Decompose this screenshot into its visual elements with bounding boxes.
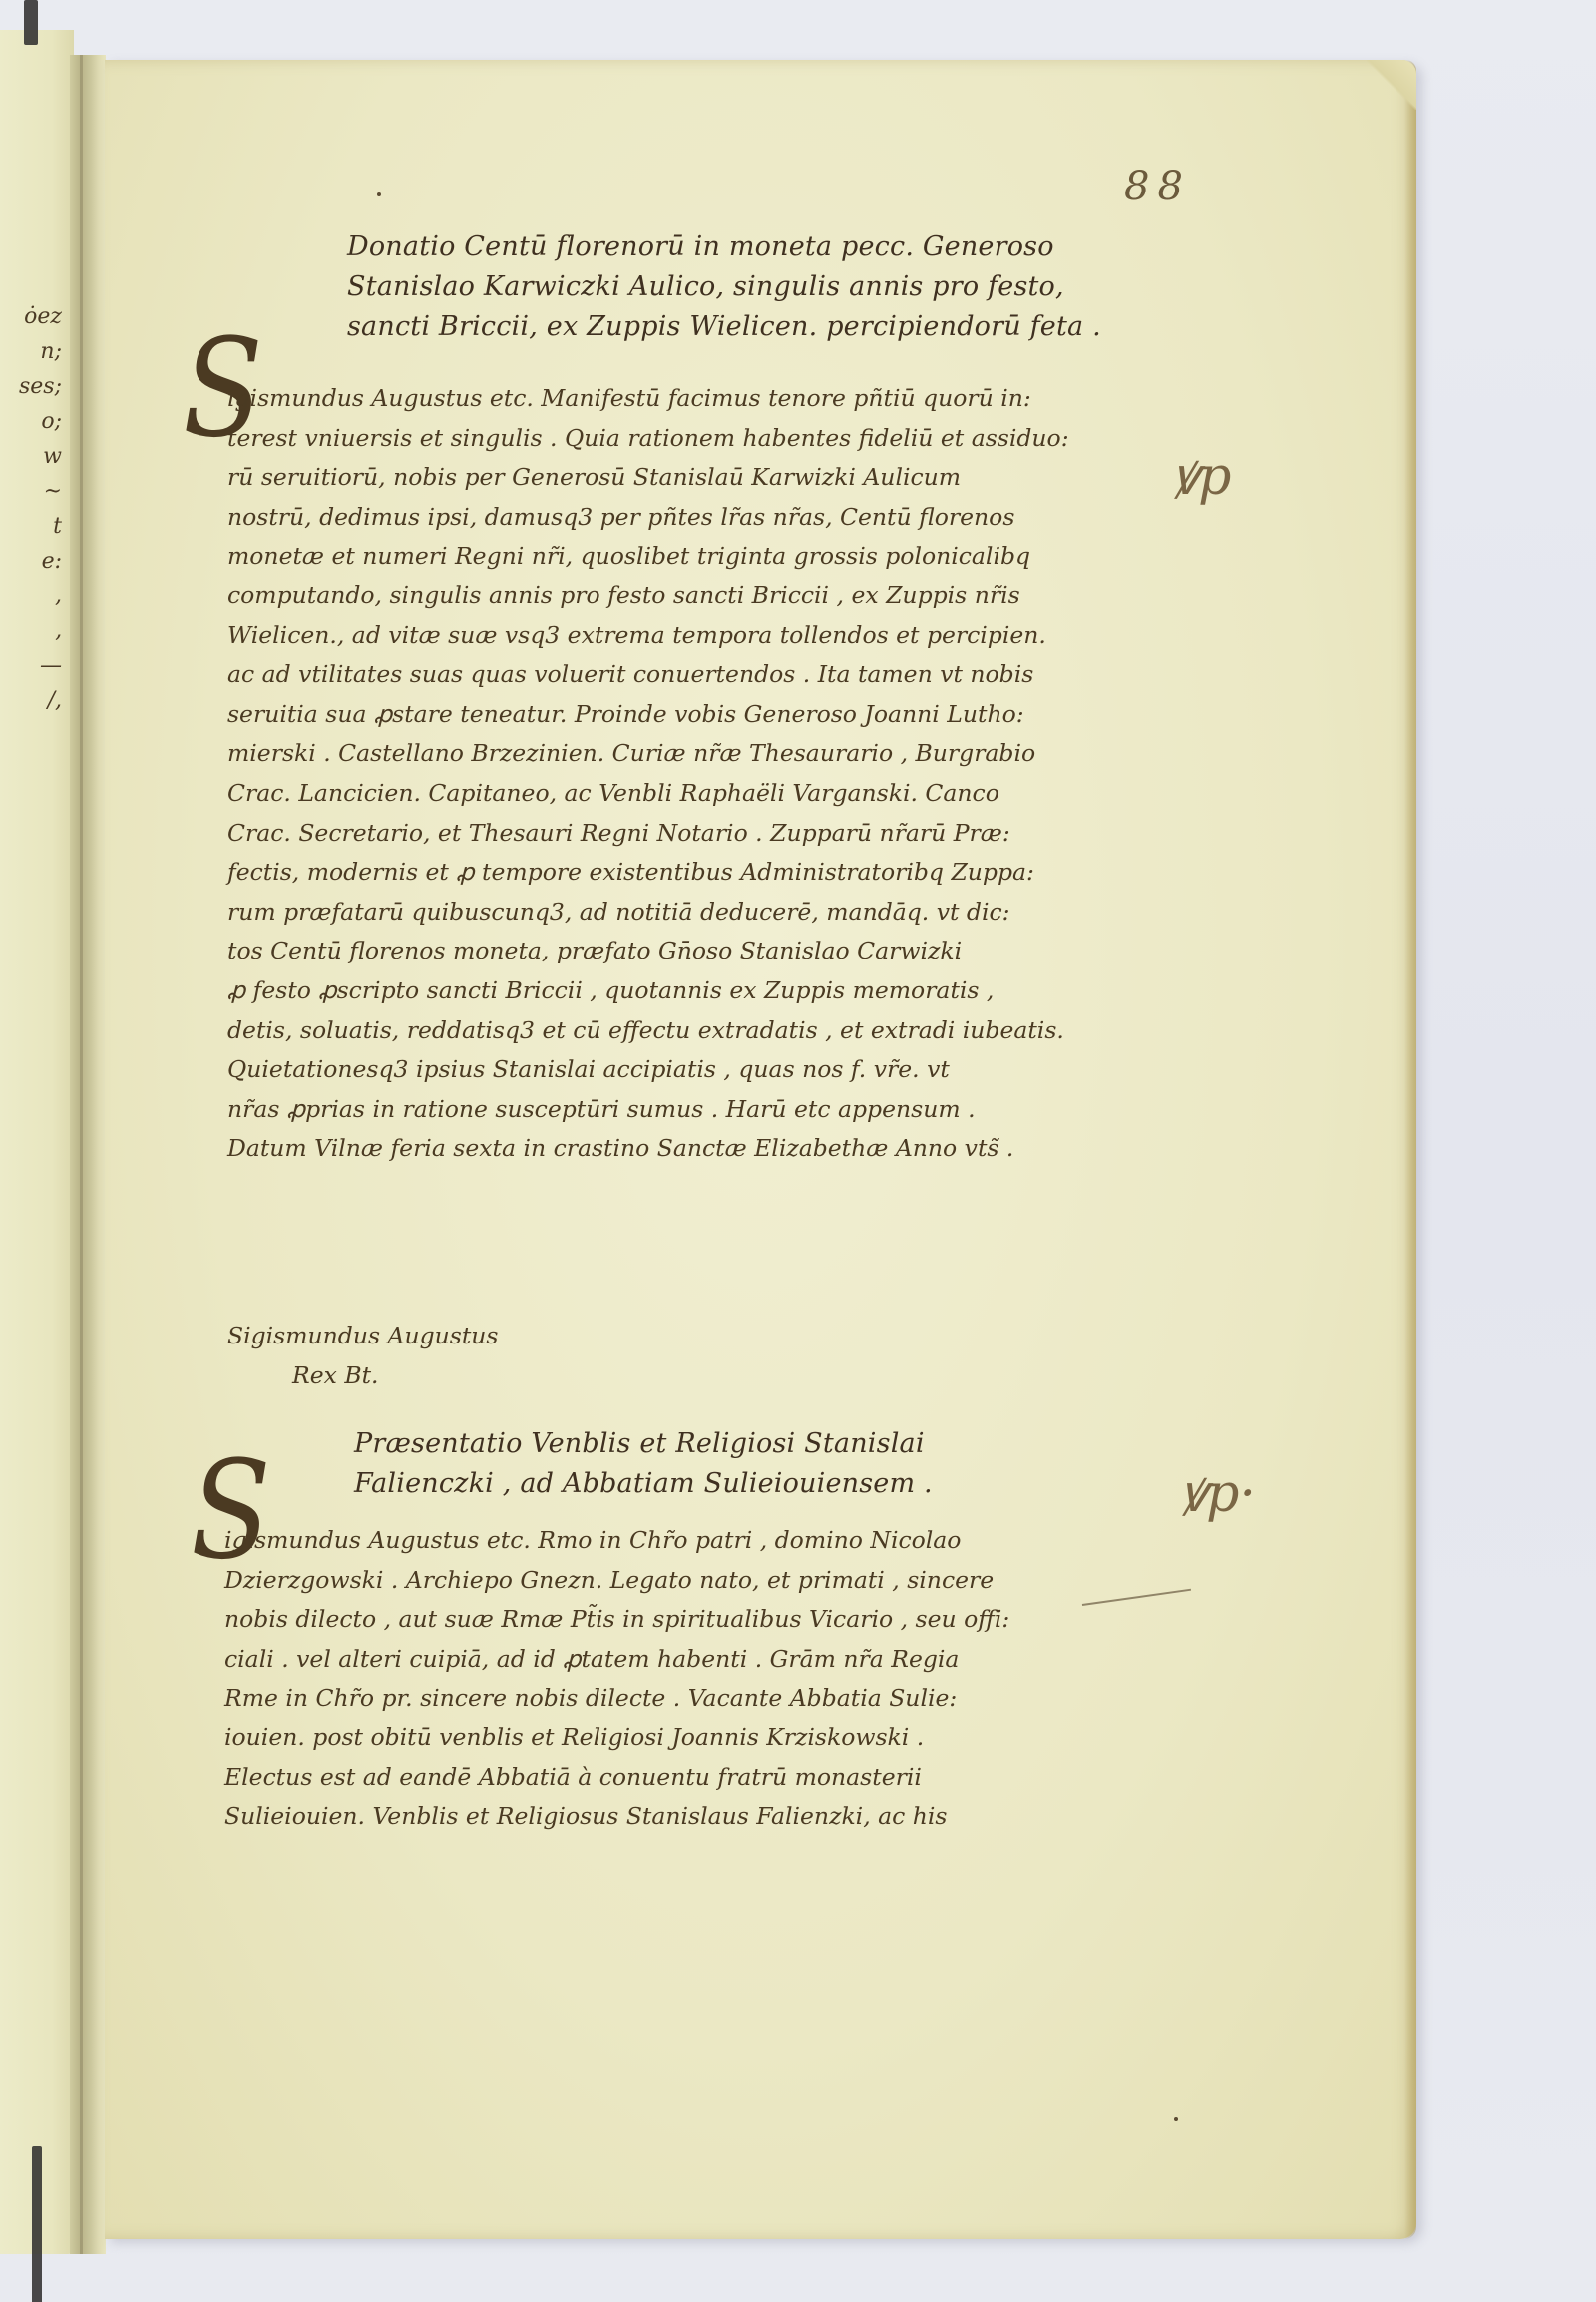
body-line: computando, singulis annis pro festo san… [227, 576, 1069, 616]
left-fragment: ses; [0, 369, 62, 404]
body-line: terest vniuersis et singulis . Quia rati… [227, 419, 1069, 459]
body-line: igismundus Augustus etc. Rmo in Chr̃o pa… [224, 1521, 1009, 1561]
body-line: Quietationesq3 ipsius Stanislai accipiat… [227, 1050, 1069, 1090]
body-line: nobis dilecto , aut suæ Rmæ Pt̃is in spi… [224, 1600, 1009, 1640]
body-line: rū seruitiorū, nobis per Generosū Stanis… [227, 458, 1069, 498]
body-line: Sulieiouien. Venblis et Religiosus Stani… [224, 1797, 1009, 1837]
entry-2-heading: Præsentatio Venblis et Religiosi Stanisl… [354, 1424, 933, 1504]
body-line: detis, soluatis, reddatisq3 et cū effect… [227, 1011, 1069, 1051]
heading-line: sancti Briccii, ex Zuppis Wielicen. perc… [347, 307, 1101, 347]
ink-flourish [1082, 1589, 1191, 1606]
entry-1-heading: Donatio Centū florenorū in moneta pecc. … [347, 227, 1101, 347]
binding-shadow-top [24, 0, 38, 45]
body-line: Crac. Lancicien. Capitaneo, ac Venbli Ra… [227, 774, 1069, 814]
body-line: Dzierzgowski . Archiepo Gnezn. Legato na… [224, 1561, 1009, 1601]
left-fragment: — [0, 648, 62, 683]
body-line: Datum Vilnæ feria sexta in crastino Sanc… [227, 1129, 1069, 1169]
body-line: Crac. Secretario, et Thesauri Regni Nota… [227, 814, 1069, 854]
body-line: ac ad vtilitates suas quas voluerit conu… [227, 655, 1069, 695]
body-line: Electus est ad eandē Abbatiā à conuentu … [224, 1758, 1009, 1798]
left-fragment: ~ [0, 474, 62, 509]
body-line: tos Centū florenos moneta, præfato Gn̄os… [227, 932, 1069, 971]
left-fragment: e: [0, 544, 62, 578]
folio-number: 88 [1124, 164, 1191, 209]
heading-line: Falienczki , ad Abbatiam Sulieiouiensem … [354, 1464, 933, 1504]
body-line: fectis, modernis et ꝓ tempore existentib… [227, 853, 1069, 893]
body-line: igismundus Augustus etc. Manifestū facim… [227, 379, 1069, 419]
left-fragment: , [0, 578, 62, 613]
body-line: seruitia sua ꝓstare teneatur. Proinde vo… [227, 695, 1069, 735]
entry-2-body: igismundus Augustus etc. Rmo in Chr̃o pa… [224, 1521, 1009, 1837]
ink-dot [1174, 2117, 1178, 2121]
binding-shadow-bottom [32, 2146, 42, 2302]
left-fragment: /, [0, 683, 62, 718]
heading-line: Donatio Centū florenorū in moneta pecc. … [347, 227, 1101, 267]
heading-line: Præsentatio Venblis et Religiosi Stanisl… [354, 1424, 933, 1464]
entry-1-body: igismundus Augustus etc. Manifestū facim… [227, 379, 1069, 1169]
body-line: ꝓ festo ꝓscripto sancti Briccii , quotan… [227, 971, 1069, 1011]
body-line: rum præfatarū quibuscunq3, ad notitiā de… [227, 893, 1069, 933]
page-corner-fold [1367, 60, 1416, 110]
body-line: monetæ et numeri Regni nr̃i, quoslibet t… [227, 537, 1069, 576]
left-fragment: t [0, 509, 62, 544]
marginal-annotation: ꝟp [1172, 439, 1231, 510]
book-gutter [70, 55, 106, 2254]
body-line: nostrū, dedimus ipsi, damusq3 per pñtes … [227, 498, 1069, 538]
signature-rex: Rex Bt. [227, 1356, 498, 1396]
left-page-text-fragments: ȯez n; ses; o; w ~ t e: , ‚ — /, [0, 299, 62, 718]
body-line: nr̃as ꝓprias in ratione susceptūri sumus… [227, 1090, 1069, 1130]
left-fragment: o; [0, 404, 62, 439]
entry-1-signature: Sigismundus Augustus Rex Bt. [227, 1317, 498, 1395]
body-line: iouien. post obitū venblis et Religiosi … [224, 1719, 1009, 1758]
left-fragment: n; [0, 334, 62, 369]
left-page-fragment: ȯez n; ses; o; w ~ t e: , ‚ — /, [0, 30, 74, 2254]
body-line: Rme in Chr̃o pr. sincere nobis dilecte .… [224, 1679, 1009, 1719]
marginal-annotation: ꝟp· [1180, 1456, 1256, 1527]
body-line: ciali . vel alteri cuipiā, ad id ꝓtatem … [224, 1640, 1009, 1680]
body-line: mierski . Castellano Brzezinien. Curiæ n… [227, 734, 1069, 774]
manuscript-page: 88 Donatio Centū florenorū in moneta pec… [105, 60, 1416, 2239]
left-fragment: ȯez [0, 299, 62, 334]
heading-line: Stanislao Karwiczki Aulico, singulis ann… [347, 267, 1101, 307]
body-line: Wielicen., ad vitæ suæ vsq3 extrema temp… [227, 616, 1069, 656]
left-fragment: w [0, 439, 62, 474]
left-fragment: ‚ [0, 613, 62, 648]
signature-name: Sigismundus Augustus [227, 1317, 498, 1356]
ink-dot [377, 192, 381, 196]
